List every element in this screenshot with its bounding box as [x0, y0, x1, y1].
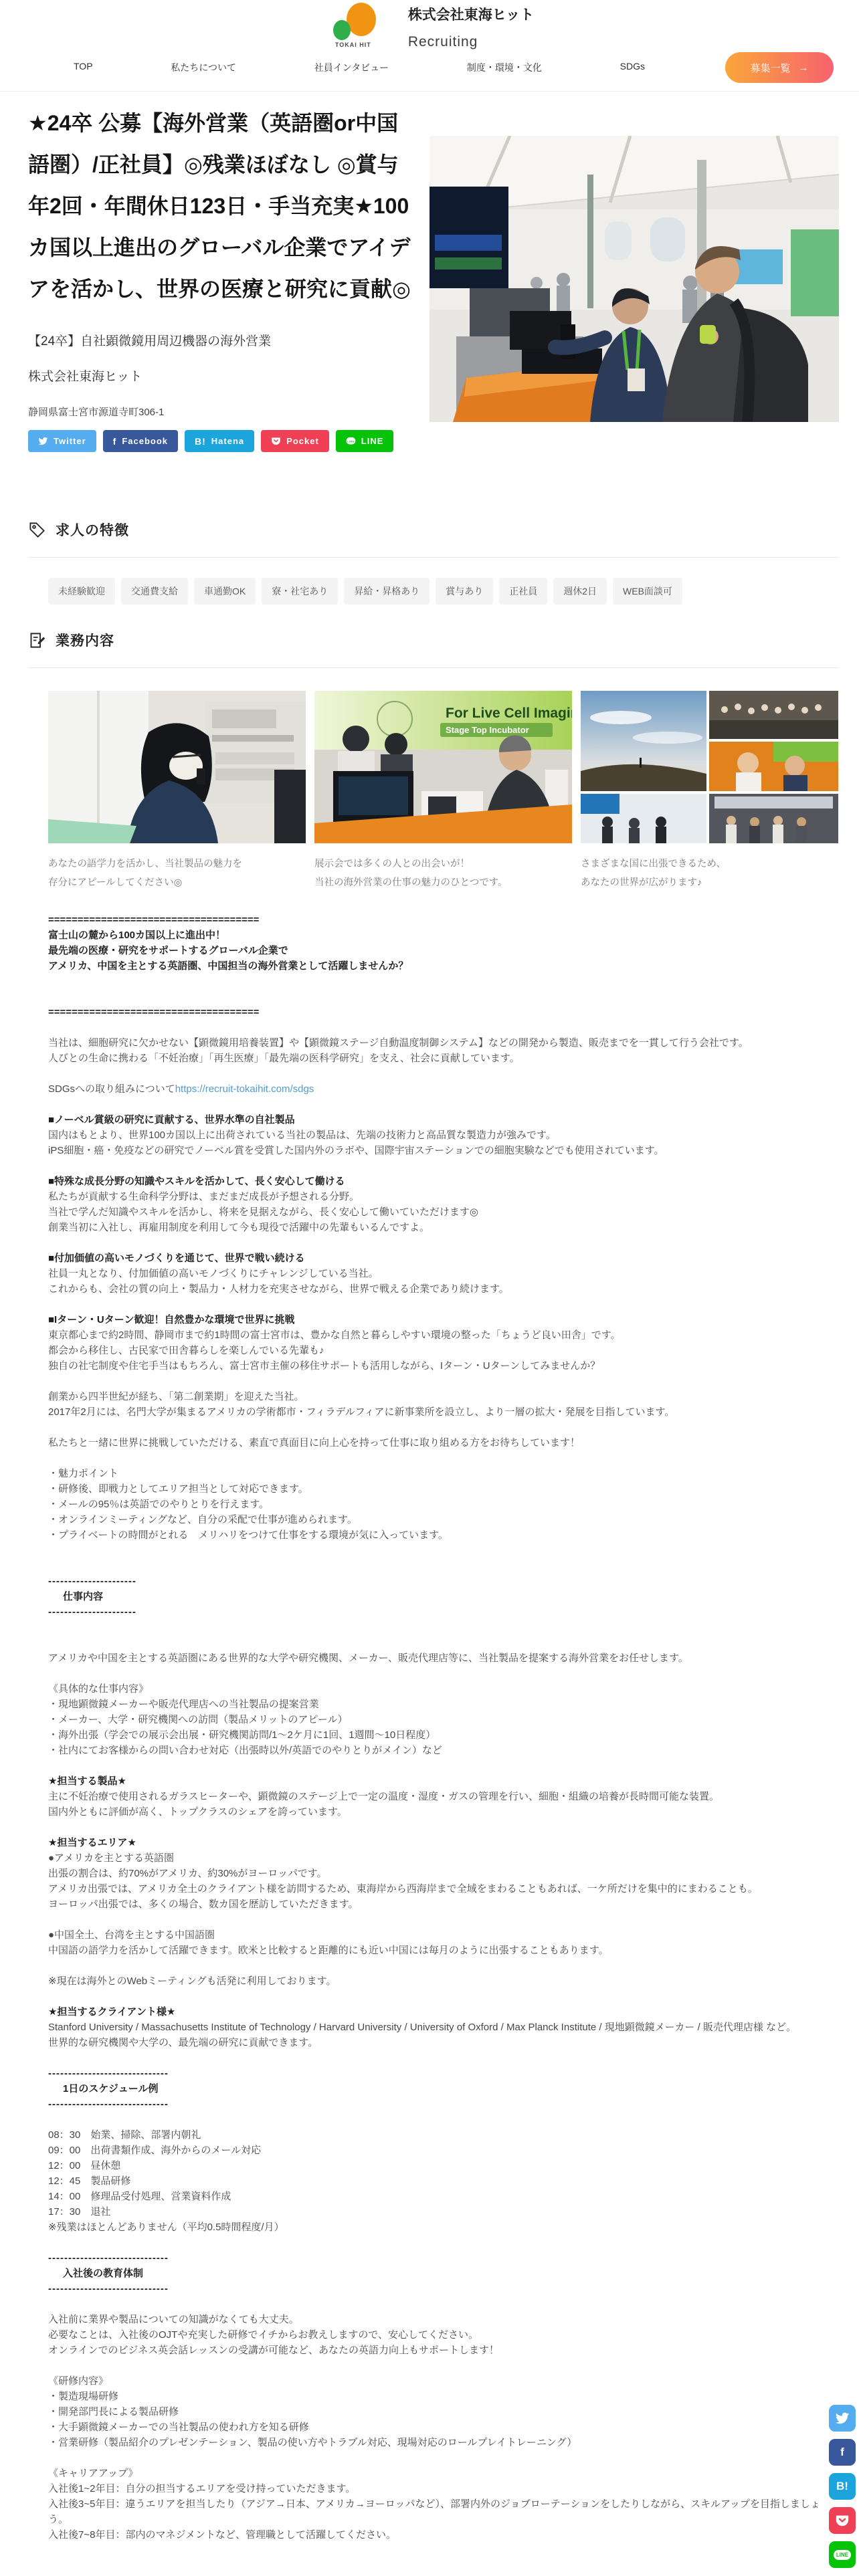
- body-line: ※残業はほとんどありません（平均0.5時間程度/月）: [48, 2220, 839, 2235]
- body-line-text: 12：00 昼休憩: [48, 2160, 120, 2171]
- body-line: Stanford University / Massachusetts Inst…: [48, 2020, 839, 2035]
- body-line: ★担当するエリア★: [48, 1835, 839, 1850]
- social-rail: f B! LINE: [829, 2405, 856, 2568]
- body-line: [48, 1235, 839, 1251]
- share-line-label: LINE: [361, 436, 384, 446]
- gallery-caption: さまざまな国に出張できるため、 あなたの世界が広がります♪: [581, 855, 838, 892]
- body-line: ・海外出張（学会での展示会出展・研究機関訪問/1～2ケ月に1回、1週間～10日程…: [48, 1727, 839, 1743]
- nav-item[interactable]: SDGs: [620, 61, 645, 74]
- body-line-text: ------------------------------: [48, 2068, 169, 2079]
- body-line: 12：00 昼休憩: [48, 2158, 839, 2173]
- nav-item[interactable]: TOP: [74, 61, 93, 74]
- body-line: ●アメリカを主とする英語圏: [48, 1850, 839, 1866]
- body-line-text: 創業当初に入社し、再雇用制度を利用して今も現役で活躍中の先輩もいるんですよ。: [48, 1222, 429, 1233]
- body-line: [48, 1420, 839, 1435]
- gallery-caption: あなたの語学力を活かし、当社製品の魅力を 存分にアピールしてください◎: [48, 855, 306, 892]
- body-line: ■付加価値の高いモノづくりを通じて、世界で戦い続ける: [48, 1251, 839, 1266]
- body-line-text: ----------------------: [48, 1606, 136, 1618]
- gallery-item: For Live Cell Imaging Stage Top Incubato…: [314, 691, 572, 892]
- body-line: 最先端の医療・研究をサポートするグローバル企業で: [48, 943, 839, 958]
- share-hatena-button[interactable]: B! Hatena: [185, 430, 254, 452]
- banner-text-live-cell: For Live Cell Imaging: [446, 706, 572, 721]
- body-line: 私たちと一緒に世界に挑戦していただける、素直で真面目に向上心を持って仕事に取り組…: [48, 1435, 839, 1451]
- nav-item[interactable]: 社員インタビュー: [314, 61, 389, 74]
- body-line-text: 《キャリアアップ》: [48, 2468, 138, 2479]
- body-line-text: 12：45 製品研修: [48, 2175, 130, 2187]
- hero-photo-illustration: [429, 136, 839, 422]
- feature-tag: 週休2日: [553, 578, 607, 605]
- pencil-note-icon: [28, 631, 46, 649]
- body-line-text: 国内はもとより、世界100カ国以上に出荷されている当社の製品は、先端の技術力と高…: [48, 1130, 556, 1141]
- body-line-text: 当社は、細胞研究に欠かせない【顕微鏡用培養装置】や【顕微鏡ステージ自動温度制御シ…: [48, 1037, 749, 1049]
- header-company-name: 株式会社東海ヒット: [408, 4, 534, 24]
- body-line-text: ------------------------------: [48, 2252, 169, 2264]
- body-line: 富士山の麓から100カ国以上に進出中！: [48, 928, 839, 943]
- body-line-text: 必要なことは、入社後のOJTや充実した研修でイチからお教えしますので、安心してく…: [48, 2329, 478, 2341]
- body-line: 2017年2月には、名門大学が集まるアメリカの学術都市・フィラデルフィアに新事業…: [48, 1404, 839, 1420]
- svg-text:LINE: LINE: [347, 439, 355, 443]
- gallery-caption: 展示会では多くの人との出会いが！ 当社の海外営業の仕事の魅力のひとつです。: [314, 855, 572, 892]
- body-line: 私たちが貢献する生命科学分野は、まだまだ成長が予想される分野。: [48, 1189, 839, 1204]
- share-twitter-button[interactable]: Twitter: [28, 430, 96, 452]
- body-line: ----------------------: [48, 1574, 839, 1589]
- body-line-text: ★担当するクライアント様★: [48, 2006, 175, 2018]
- body-line-text: ====================================: [48, 1006, 259, 1018]
- body-line: ★担当するクライアント様★: [48, 2004, 839, 2020]
- tokai-hit-logo[interactable]: TOKAI HIT: [325, 3, 381, 43]
- body-line-text: 1日のスケジュール例: [63, 2083, 158, 2095]
- body-line: これからも、会社の質の向上・製品力・人材力を充実させながら、世界で戦える企業であ…: [48, 1281, 839, 1297]
- body-line-text: 都会から移住し、古民家で田舎暮らしを楽しんでいる先輩も♪: [48, 1345, 324, 1356]
- body-line: ・メールの95％は英語でのやりとりを行えます。: [48, 1497, 839, 1512]
- gallery-photo-travel-collage[interactable]: [581, 691, 838, 843]
- body-line: [48, 974, 839, 989]
- body-line-text: 08：30 始業、掃除、部署内朝礼: [48, 2129, 201, 2141]
- brand-text: 株式会社東海ヒット Recruiting: [408, 3, 534, 50]
- body-line-text: 世界的な研究機関や大学の、最先端の研究に貢献できます。: [48, 2037, 318, 2048]
- body-line: [48, 2296, 839, 2312]
- body-line: [48, 1374, 839, 1389]
- body-line: ★担当する製品★: [48, 1774, 839, 1789]
- job-description-body: ==================================== 富士山…: [48, 912, 839, 2549]
- body-line-text: Stanford University / Massachusetts Inst…: [48, 2022, 796, 2033]
- body-line: [48, 1758, 839, 1774]
- body-line: ※現在は海外とのWebミーティングも活発に利用しております。: [48, 1973, 839, 1989]
- feature-tag: 賞与あり: [436, 578, 493, 605]
- body-line-text: アメリカ、中国を主とする英語圏、中国担当の海外営業として活躍しませんか？: [48, 960, 408, 972]
- share-facebook-button[interactable]: f Facebook: [103, 430, 178, 452]
- share-hatena-label: Hatena: [211, 436, 244, 446]
- brand-block: TOKAI HIT 株式会社東海ヒット Recruiting: [0, 3, 859, 50]
- nav-item[interactable]: 制度・環境・文化: [467, 61, 542, 74]
- body-line: ●中国全土、台湾を主とする中国語圏: [48, 1927, 839, 1943]
- body-line-text: 入社後1~2年目：自分の担当するエリアを受け持っていただきます。: [48, 2483, 355, 2494]
- body-line: ・メーカー、大学・研究機関への訪問（製品メリットのアピール）: [48, 1712, 839, 1727]
- body-line-text: 独自の社宅制度や住宅手当はもちろん、富士宮市主催の移住サポートも活用しながら、I…: [48, 1360, 600, 1372]
- recruit-page: TOKAI HIT 株式会社東海ヒット Recruiting TOP 私たちにつ…: [0, 0, 859, 2576]
- body-line-text: 《研修内容》: [48, 2375, 108, 2387]
- banner-text-incubator: Stage Top Incubator: [446, 725, 529, 735]
- job-header-section: ★24卒 公募【海外営業（英語圏or中国語圏）/正社員】◎残業ほぼなし ◎賞与年…: [0, 92, 859, 494]
- body-line: [48, 1635, 839, 1650]
- body-line-text: 09：00 出荷書類作成、海外からのメール対応: [48, 2145, 261, 2156]
- body-line-text: ■ノーベル賞級の研究に貢献する、世界水準の自社製品: [48, 1114, 295, 1125]
- body-line: [48, 1912, 839, 1927]
- body-line: 08：30 始業、掃除、部署内朝礼: [48, 2127, 839, 2143]
- body-line-text: 主に不妊治療で使用されるガラスヒーターや、顕微鏡のステージ上で一定の温度・湿度・…: [48, 1791, 719, 1802]
- body-line: 創業から四半世紀が経ち、「第二創業期」を迎えた当社。: [48, 1389, 839, 1404]
- body-line-text: 最先端の医療・研究をサポートするグローバル企業で: [48, 945, 288, 956]
- body-line-text: オンラインでのビジネス英会話レッスンの受講が可能など、あなたの英語力向上もサポー…: [48, 2345, 499, 2356]
- body-line-text: 私たちと一緒に世界に挑戦していただける、素直で真面目に向上心を持って仕事に取り組…: [48, 1437, 580, 1448]
- body-line-text: ■Iターン・Uターン歓迎！自然豊かな環境で世界に挑戦: [48, 1314, 294, 1325]
- body-line: アメリカや中国を主とする英語圏にある世界的な大学や研究機関、メーカー、販売代理店…: [48, 1650, 839, 1666]
- body-line: ------------------------------: [48, 2281, 839, 2296]
- body-line-text: 私たちが貢献する生命科学分野は、まだまだ成長が予想される分野。: [48, 1191, 359, 1202]
- body-line: 仕事内容: [48, 1589, 839, 1604]
- body-line-text: ・社内にてお客様からの問い合わせ対応（出張時以外/英語でのやりとりがメイン）など: [48, 1745, 442, 1756]
- body-line-text: 当社で学んだ知識やスキルを活かし、将来を見据えながら、長く安心して働いていただけ…: [48, 1206, 478, 1218]
- body-line: iPS細胞・癌・免疫などの研究でノーベル賞を受賞した国内外のラボや、国際宇宙ステ…: [48, 1143, 839, 1158]
- body-line: ヨーロッパ出張では、多くの場合、数カ国を歴訪していただきます。: [48, 1897, 839, 1912]
- photo-gallery: あなたの語学力を活かし、当社製品の魅力を 存分にアピールしてください◎ For …: [48, 691, 839, 892]
- body-line-text: アメリカや中国を主とする英語圏にある世界的な大学や研究機関、メーカー、販売代理店…: [48, 1652, 688, 1664]
- body-line: 中国語の語学力を活かして活躍できます。欧米と比較すると距離的にも近い中国には毎月…: [48, 1943, 839, 1958]
- body-line: アメリカ、中国を主とする英語圏、中国担当の海外営業として活躍しませんか？: [48, 958, 839, 974]
- logo-wordmark: TOKAI HIT: [325, 41, 381, 48]
- body-line-text: 出張の割合は、約70%がアメリカ、約30%がヨーロッパです。: [48, 1868, 327, 1879]
- body-line: [48, 1097, 839, 1112]
- body-line-text: ------------------------------: [48, 2099, 169, 2110]
- body-line: 17：30 退社: [48, 2204, 839, 2220]
- body-line-text: ・大手顕微鏡メーカーでの当社製品の使われ方を知る研修: [48, 2422, 309, 2433]
- rail-hatena-icon[interactable]: B!: [829, 2473, 856, 2500]
- rail-twitter-icon[interactable]: [829, 2405, 856, 2432]
- body-line: 主に不妊治療で使用されるガラスヒーターや、顕微鏡のステージ上で一定の温度・湿度・…: [48, 1789, 839, 1804]
- body-line-text: 《具体的な仕事内容》: [48, 1683, 149, 1695]
- body-line: 入社後3~5年目：違うエリアを担当したり（アジア→日本、アメリカ→ヨーロッパなど…: [48, 2496, 839, 2527]
- body-line: ====================================: [48, 1004, 839, 1020]
- body-line: [48, 1666, 839, 1681]
- body-line-text: 創業から四半世紀が経ち、「第二創業期」を迎えた当社。: [48, 1391, 304, 1402]
- hatena-b-icon: B!: [195, 436, 206, 447]
- body-line: [48, 1558, 839, 1574]
- body-line-text: ・プライベートの時間がとれる メリハリをつけて仕事をする環境が気に入っています。: [48, 1529, 448, 1541]
- rail-facebook-icon[interactable]: f: [829, 2439, 856, 2466]
- feature-tag: 交通費支給: [121, 578, 188, 605]
- body-line: [48, 989, 839, 1004]
- body-line-text: ------------------------------: [48, 2283, 169, 2294]
- body-line: [48, 1020, 839, 1035]
- body-line: 09：00 出荷書類作成、海外からのメール対応: [48, 2143, 839, 2158]
- body-line: [48, 2112, 839, 2127]
- body-line-text: 入社後7~8年目：部内のマネジメントなど、管理職として活躍してください。: [48, 2529, 396, 2541]
- body-line-text: 入社後の教育体制: [63, 2268, 143, 2279]
- share-pocket-label: Pocket: [286, 436, 319, 446]
- body-line: 社員一丸となり、付加価値の高いモノづくりにチャレンジしている当社。: [48, 1266, 839, 1281]
- body-line-text: ※現在は海外とのWebミーティングも活発に利用しております。: [48, 1975, 336, 1987]
- feature-tag: 車通勤OK: [194, 578, 256, 605]
- body-line: ・社内にてお客様からの問い合わせ対応（出張時以外/英語でのやりとりがメイン）など: [48, 1743, 839, 1758]
- sdgs-link[interactable]: https://recruit-tokaihit.com/sdgs: [175, 1083, 314, 1095]
- site-header: TOKAI HIT 株式会社東海ヒット Recruiting TOP 私たちにつ…: [0, 0, 859, 92]
- body-line-text: 富士山の麓から100カ国以上に進出中！: [48, 930, 225, 941]
- duties-heading: 業務内容: [56, 630, 114, 650]
- body-line-text: ・海外出張（学会での展示会出展・研究機関訪問/1～2ケ月に1回、1週間～10日程…: [48, 1729, 436, 1741]
- facebook-f-icon: f: [113, 436, 117, 447]
- body-line-text: アメリカ出張では、アメリカ全土のクライアント様を訪問するため、東海岸から西海岸ま…: [48, 1883, 758, 1895]
- feature-tag: 未経験歓迎: [48, 578, 115, 605]
- body-line: 都会から移住し、古民家で田舎暮らしを楽しんでいる先輩も♪: [48, 1343, 839, 1358]
- body-line: ・開発部門長による製品研修: [48, 2404, 839, 2420]
- body-line: [48, 2358, 839, 2373]
- duties-section: 業務内容: [0, 630, 859, 2549]
- body-line-text: SDGsへの取り組みについて: [48, 1083, 175, 1095]
- body-line-text: 仕事内容: [63, 1591, 103, 1602]
- features-section: 求人の特徴 未経験歓迎 交通費支給 車通勤OK 寮・社宅あり 昇給・昇格あり 賞…: [0, 520, 859, 605]
- body-line: 創業当初に入社し、再雇用制度を利用して今も現役で活躍中の先輩もいるんですよ。: [48, 1220, 839, 1235]
- body-line-text: ・開発部門長による製品研修: [48, 2406, 179, 2418]
- body-line: [48, 1066, 839, 1081]
- body-line: 《研修内容》: [48, 2373, 839, 2389]
- body-line: [48, 1451, 839, 1466]
- share-button-row: Twitter f Facebook B! Hatena Pocket LINE…: [28, 430, 839, 452]
- body-line-text: 17：30 退社: [48, 2206, 110, 2218]
- body-line-text: 14：00 修理品受付処理、営業資料作成: [48, 2191, 231, 2202]
- body-line: 当社で学んだ知識やスキルを活かし、将来を見据えながら、長く安心して働いていただけ…: [48, 1204, 839, 1220]
- body-line: 人びとの生命に携わる「不妊治療」「再生医療」「最先端の医科学研究」を支え、社会に…: [48, 1051, 839, 1066]
- gallery-photo-1-illustration: [48, 691, 306, 843]
- body-line-text: 中国語の語学力を活かして活躍できます。欧米と比較すると距離的にも近い中国には毎月…: [48, 1945, 609, 1956]
- body-line: [48, 1820, 839, 1835]
- body-line: 14：00 修理品受付処理、営業資料作成: [48, 2189, 839, 2204]
- twitter-bird-icon: [38, 436, 48, 446]
- duties-heading-row: 業務内容: [28, 630, 839, 650]
- body-line-text: ・メーカー、大学・研究機関への訪問（製品メリットのアピール）: [48, 1714, 348, 1725]
- body-line: [48, 2450, 839, 2466]
- body-line-text: ----------------------: [48, 1576, 136, 1587]
- body-line: ----------------------: [48, 1604, 839, 1620]
- gallery-item: さまざまな国に出張できるため、 あなたの世界が広がります♪: [581, 691, 838, 892]
- job-list-button-label: 募集一覧: [750, 61, 790, 75]
- share-facebook-label: Facebook: [122, 436, 168, 446]
- body-line: 国内外ともに評価が高く、トップクラスのシェアを誇っています。: [48, 1804, 839, 1820]
- body-line: ・現地顕微鏡メーカーや販売代理店への当社製品の提案営業: [48, 1697, 839, 1712]
- features-heading: 求人の特徴: [56, 520, 129, 540]
- body-line: 《具体的な仕事内容》: [48, 1681, 839, 1697]
- duties-divider: [28, 667, 839, 668]
- body-line-text: ・メールの95％は英語でのやりとりを行えます。: [48, 1499, 269, 1510]
- body-line-text: ・営業研修（製品紹介のプレゼンテーション、製品の使い方やトラブル対応、現場対応の…: [48, 2437, 577, 2448]
- gallery-item: あなたの語学力を活かし、当社製品の魅力を 存分にアピールしてください◎: [48, 691, 306, 892]
- body-line: ------------------------------: [48, 2250, 839, 2266]
- job-title: ★24卒 公募【海外営業（英語圏or中国語圏）/正社員】◎残業ほぼなし ◎賞与年…: [28, 102, 415, 310]
- body-line-text: ・魅力ポイント: [48, 1468, 118, 1479]
- arrow-right-icon: →: [799, 62, 809, 74]
- rail-line-icon[interactable]: LINE: [829, 2541, 856, 2568]
- share-line-button[interactable]: LINE LINE: [336, 430, 394, 452]
- share-twitter-label: Twitter: [54, 436, 86, 446]
- body-line: 独自の社宅制度や住宅手当はもちろん、富士宮市主催の移住サポートも活用しながら、I…: [48, 1358, 839, 1374]
- body-line: ・製造現場研修: [48, 2389, 839, 2404]
- body-line-text: ■付加価値の高いモノづくりを通じて、世界で戦い続ける: [48, 1253, 305, 1264]
- body-line: SDGsへの取り組みについてhttps://recruit-tokaihit.c…: [48, 1081, 839, 1097]
- body-line-text: ====================================: [48, 914, 259, 926]
- body-line-text: ・現地顕微鏡メーカーや販売代理店への当社製品の提案営業: [48, 1699, 319, 1710]
- header-recruiting-label: Recruiting: [408, 34, 534, 50]
- features-heading-row: 求人の特徴: [28, 520, 839, 540]
- body-line-text: 国内外ともに評価が高く、トップクラスのシェアを誇っています。: [48, 1806, 347, 1818]
- body-line: [48, 1158, 839, 1174]
- body-line: 東京都心まで約2時間、静岡市まで約1時間の富士宮市は、豊かな自然と暮らしやすい環…: [48, 1327, 839, 1343]
- body-line: 1日のスケジュール例: [48, 2081, 839, 2097]
- feature-tag: 正社員: [499, 578, 547, 605]
- body-line: 必要なことは、入社後のOJTや充実した研修でイチからお教えしますので、安心してく…: [48, 2327, 839, 2343]
- body-line: 国内はもとより、世界100カ国以上に出荷されている当社の製品は、先端の技術力と高…: [48, 1128, 839, 1143]
- feature-tags: 未経験歓迎 交通費支給 車通勤OK 寮・社宅あり 昇給・昇格あり 賞与あり 正社…: [48, 578, 839, 605]
- body-line-text: 入社後3~5年目：違うエリアを担当したり（アジア→日本、アメリカ→ヨーロッパなど…: [48, 2498, 820, 2525]
- body-line: ・営業研修（製品紹介のプレゼンテーション、製品の使い方やトラブル対応、現場対応の…: [48, 2435, 839, 2450]
- body-line: ====================================: [48, 912, 839, 928]
- body-line: ------------------------------: [48, 2066, 839, 2081]
- logo-green-circle: [333, 20, 351, 40]
- body-line: 出張の割合は、約70%がアメリカ、約30%がヨーロッパです。: [48, 1866, 839, 1881]
- logo-orange-circle: [347, 3, 376, 36]
- gallery-photo-2-illustration: For Live Cell Imaging Stage Top Incubato…: [314, 691, 572, 843]
- body-line-text: ・製造現場研修: [48, 2391, 118, 2402]
- body-line: 入社後の教育体制: [48, 2266, 839, 2281]
- body-line: [48, 2235, 839, 2250]
- feature-tag: WEB面談可: [613, 578, 682, 605]
- body-line-text: 社員一丸となり、付加価値の高いモノづくりにチャレンジしている当社。: [48, 1268, 379, 1279]
- body-line: 《キャリアアップ》: [48, 2466, 839, 2481]
- body-line: アメリカ出張では、アメリカ全土のクライアント様を訪問するため、東海岸から西海岸ま…: [48, 1881, 839, 1897]
- body-line-text: ・研修後、即戦力としてエリア担当として対応できます。: [48, 1483, 308, 1495]
- body-line-text: ※残業はほとんどありません（平均0.5時間程度/月）: [48, 2222, 284, 2233]
- body-line: ■Iターン・Uターン歓迎！自然豊かな環境で世界に挑戦: [48, 1312, 839, 1327]
- nav-items: TOP 私たちについて 社員インタビュー 制度・環境・文化 SDGs: [74, 61, 645, 74]
- main-nav: TOP 私たちについて 社員インタビュー 制度・環境・文化 SDGs 募集一覧 …: [74, 52, 834, 83]
- body-line: 世界的な研究機関や大学の、最先端の研究に貢献できます。: [48, 2035, 839, 2050]
- body-line-text: これからも、会社の質の向上・製品力・人材力を充実させながら、世界で戦える企業であ…: [48, 1283, 509, 1295]
- body-line-text: ・オンラインミーティングなど、自分の采配で仕事が進められます。: [48, 1514, 357, 1525]
- body-line: オンラインでのビジネス英会話レッスンの受講が可能など、あなたの英語力向上もサポー…: [48, 2343, 839, 2358]
- body-line: ・研修後、即戦力としてエリア担当として対応できます。: [48, 1481, 839, 1497]
- body-line-text: ヨーロッパ出張では、多くの場合、数カ国を歴訪していただきます。: [48, 1899, 359, 1910]
- hero-photo-exhibition: [429, 136, 839, 422]
- body-line-text: ●アメリカを主とする英語圏: [48, 1852, 174, 1864]
- body-line: [48, 2050, 839, 2066]
- body-line: 入社前に業界や製品についての知識がなくても大丈夫。: [48, 2312, 839, 2327]
- features-divider: [28, 557, 839, 558]
- body-line-text: 人びとの生命に携わる「不妊治療」「再生医療」「最先端の医科学研究」を支え、社会に…: [48, 1053, 520, 1064]
- pocket-icon: [271, 436, 281, 446]
- gallery-photo-exhibition-booth[interactable]: For Live Cell Imaging Stage Top Incubato…: [314, 691, 572, 843]
- body-line: ・大手顕微鏡メーカーでの当社製品の使われ方を知る研修: [48, 2420, 839, 2435]
- body-line: [48, 1297, 839, 1312]
- share-pocket-button[interactable]: Pocket: [261, 430, 329, 452]
- body-line: [48, 1958, 839, 1973]
- gallery-photo-office-phone[interactable]: [48, 691, 306, 843]
- body-line-text: ●中国全土、台湾を主とする中国語圏: [48, 1929, 215, 1941]
- body-line-text: 2017年2月には、名門大学が集まるアメリカの学術都市・フィラデルフィアに新事業…: [48, 1406, 674, 1418]
- body-line-text: iPS細胞・癌・免疫などの研究でノーベル賞を受賞した国内外のラボや、国際宇宙ステ…: [48, 1145, 664, 1156]
- feature-tag: 昇給・昇格あり: [344, 578, 429, 605]
- line-icon: LINE: [346, 436, 356, 446]
- nav-item[interactable]: 私たちについて: [171, 61, 236, 74]
- body-line: 12：45 製品研修: [48, 2173, 839, 2189]
- body-line: ・プライベートの時間がとれる メリハリをつけて仕事をする環境が気に入っています。: [48, 1527, 839, 1543]
- body-line: ・魅力ポイント: [48, 1466, 839, 1481]
- body-line: [48, 1989, 839, 2004]
- body-line: [48, 1543, 839, 1558]
- feature-tag: 寮・社宅あり: [262, 578, 338, 605]
- body-line: [48, 1620, 839, 1635]
- tag-icon: [28, 521, 46, 539]
- body-line-text: ■特殊な成長分野の知識やスキルを活かして、長く安心して働ける: [48, 1176, 345, 1187]
- rail-pocket-icon[interactable]: [829, 2507, 856, 2534]
- body-line-text: ★担当するエリア★: [48, 1837, 136, 1848]
- body-line-text: 入社前に業界や製品についての知識がなくても大丈夫。: [48, 2314, 299, 2325]
- body-line: 当社は、細胞研究に欠かせない【顕微鏡用培養装置】や【顕微鏡ステージ自動温度制御シ…: [48, 1035, 839, 1051]
- gallery-photo-3-illustration: [581, 691, 838, 843]
- job-list-button[interactable]: 募集一覧 →: [725, 52, 834, 83]
- body-line: ■ノーベル賞級の研究に貢献する、世界水準の自社製品: [48, 1112, 839, 1128]
- body-line: ■特殊な成長分野の知識やスキルを活かして、長く安心して働ける: [48, 1174, 839, 1189]
- body-line: ・オンラインミーティングなど、自分の采配で仕事が進められます。: [48, 1512, 839, 1527]
- body-line-text: ★担当する製品★: [48, 1776, 126, 1787]
- body-line: 入社後7~8年目：部内のマネジメントなど、管理職として活躍してください。: [48, 2527, 839, 2543]
- body-line: 入社後1~2年目：自分の担当するエリアを受け持っていただきます。: [48, 2481, 839, 2496]
- body-line: ------------------------------: [48, 2097, 839, 2112]
- job-category: 【24卒】自社顕微鏡用周辺機器の海外営業: [28, 331, 416, 349]
- body-line-text: 東京都心まで約2時間、静岡市まで約1時間の富士宮市は、豊かな自然と暮らしやすい環…: [48, 1329, 621, 1341]
